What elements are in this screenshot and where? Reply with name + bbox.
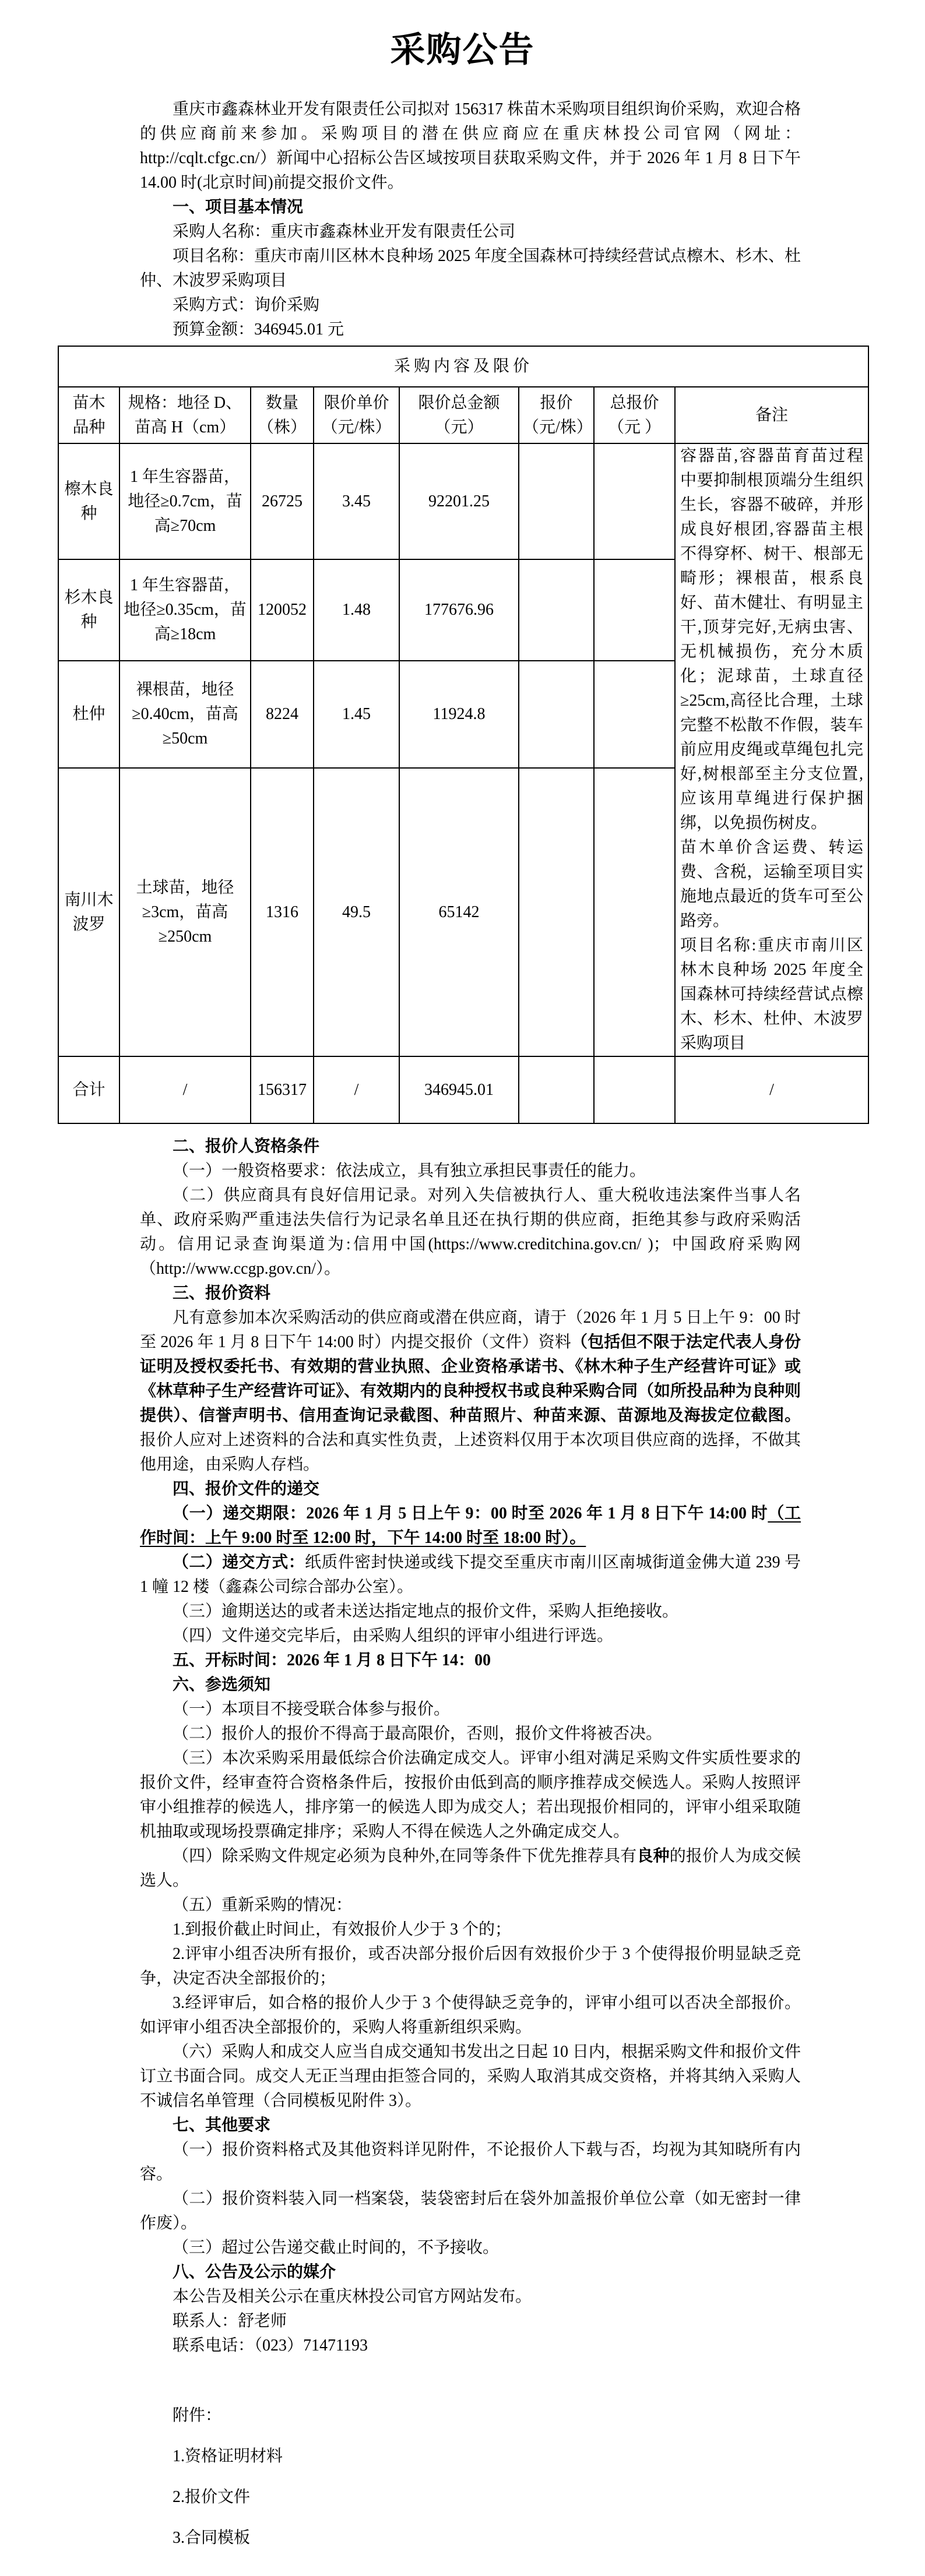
procurement-method-line: 采购方式：询价采购 <box>140 293 801 318</box>
submission-deadline: （一）递交期限：2026 年 1 月 5 日上午 9：00 时至 2026 年 … <box>173 1504 768 1523</box>
total-quote <box>519 1056 594 1123</box>
page-title: 采购公告 <box>0 0 925 74</box>
cell-spec: 1 年生容器苗，地径≥0.7cm，苗高≥70cm <box>119 443 251 559</box>
quotation-materials-post: 报价人应对上述资料的合法和真实性负责，上述资料仅用于本次项目供应商的选择，不做其… <box>140 1431 801 1474</box>
cell-qty: 8224 <box>251 661 314 768</box>
cell-unit-cap: 49.5 <box>314 768 399 1056</box>
submission-item-4: （四）文件递交完毕后，由采购人组织的评审小组进行评选。 <box>140 1624 801 1648</box>
col-header-unit-cap: 限价单价 （元/株） <box>314 387 399 443</box>
notice-item-4-pre: （四）除采购文件规定必须为良种外,在同等条件下优先推荐具有 <box>173 1847 636 1865</box>
cell-species: 杉木良种 <box>58 559 119 661</box>
col-header-remark: 备注 <box>675 387 868 443</box>
cell-total-cap: 92201.25 <box>399 443 519 559</box>
cell-spec: 1 年生容器苗，地径≥0.35cm，苗高≥18cm <box>119 559 251 661</box>
total-spec: / <box>119 1056 251 1123</box>
notice-item-1: （一）本项目不接受联合体参与报价。 <box>140 1697 801 1722</box>
cell-total-cap: 11924.8 <box>399 661 519 768</box>
qualification-item-2: （二）供应商具有良好信用记录。对列入失信被执行人、重大税收违法案件当事人名单、政… <box>140 1183 801 1281</box>
contact-person-line: 联系人：舒老师 <box>140 2309 801 2334</box>
attachment-item: 3.合同模板 <box>140 2526 801 2550</box>
total-remark: / <box>675 1056 868 1123</box>
remark-paragraph: 项目名称:重庆市南川区林木良种场 2025 年度全国森林可持续经营试点檫木、杉木… <box>680 933 863 1056</box>
other-item-3: （三）超过公告递交截止时间的，不予接收。 <box>140 2236 801 2260</box>
total-total-cap: 346945.01 <box>399 1056 519 1123</box>
cell-quote <box>519 559 594 661</box>
remark-cell: 容器苗,容器苗育苗过程中要抑制根顶端分生组织生长，容器不破碎，并形成良好根团,容… <box>675 443 868 1056</box>
notice-item-5-sub-2: 2.评审小组否决所有报价，或否决部分报价后因有效报价少于 3 个使得报价明显缺乏… <box>140 1942 801 1991</box>
notice-item-5: （五）重新采购的情况： <box>140 1893 801 1918</box>
table-title-row: 采购内容及限价 <box>58 346 868 387</box>
col-header-total-cap: 限价总金额 （元） <box>399 387 519 443</box>
cell-unit-cap: 1.45 <box>314 661 399 768</box>
notice-item-5-sub-3: 3.经评审后，如合格的报价人少于 3 个使得缺乏竞争的，评审小组可以否决全部报价… <box>140 1991 801 2040</box>
project-name-line: 项目名称：重庆市南川区林木良种场 2025 年度全国森林可持续经营试点檫木、杉木… <box>140 244 801 293</box>
table-header-row: 苗木 品种 规格：地径 D、 苗高 H（cm） 数量 （株） 限价单价 （元/株… <box>58 387 868 443</box>
submission-method-label: （二）递交方式： <box>173 1553 305 1571</box>
cell-total-quote <box>594 443 675 559</box>
total-unit-cap: / <box>314 1056 399 1123</box>
contact-phone-line: 联系电话：（023）71471193 <box>140 2334 801 2358</box>
media-body: 本公告及相关公示在重庆林投公司官方网站发布。 <box>140 2285 801 2309</box>
cell-total-quote <box>594 661 675 768</box>
section-heading-1: 一、项目基本情况 <box>140 195 801 220</box>
procurement-table: 采购内容及限价 苗木 品种 规格：地径 D、 苗高 H（cm） 数量 （株） 限… <box>58 346 869 1124</box>
qualification-item-1: （一）一般资格要求：依法成立，具有独立承担民事责任的能力。 <box>140 1159 801 1183</box>
cell-total-quote <box>594 768 675 1056</box>
col-header-spec: 规格：地径 D、 苗高 H（cm） <box>119 387 251 443</box>
other-item-1: （一）报价资料格式及其他资料详见附件，不论报价人下载与否，均视为其知晓所有内容。 <box>140 2138 801 2187</box>
attachments-section: 附件： 1.资格证明材料 2.报价文件 3.合同模板 <box>140 2404 801 2550</box>
section-heading-7: 七、其他要求 <box>140 2113 801 2138</box>
cell-species: 檫木良种 <box>58 443 119 559</box>
remark-paragraph: 苗木单价含运费、转运费、含税，运输至项目实施地点最近的货车可至公路旁。 <box>680 836 863 933</box>
notice-item-2: （二）报价人的报价不得高于最高限价，否则，报价文件将被否决。 <box>140 1722 801 1746</box>
budget-line: 预算金额：346945.01 元 <box>140 318 801 342</box>
section-heading-2: 二、报价人资格条件 <box>140 1134 801 1159</box>
total-qty: 156317 <box>251 1056 314 1123</box>
cell-quote <box>519 443 594 559</box>
section-heading-6: 六、参选须知 <box>140 1673 801 1697</box>
remark-paragraph: 容器苗,容器苗育苗过程中要抑制根顶端分生组织生长，容器不破碎，并形成良好根团,容… <box>680 444 863 836</box>
cell-spec: 土球苗，地径≥3cm，苗高≥250cm <box>119 768 251 1056</box>
other-item-2: （二）报价资料装入同一档案袋，装袋密封后在袋外加盖报价单位公章（如无密封一律作废… <box>140 2187 801 2236</box>
cell-total-quote <box>594 559 675 661</box>
procurement-table-wrapper: 采购内容及限价 苗木 品种 规格：地径 D、 苗高 H（cm） 数量 （株） 限… <box>58 346 868 1124</box>
attachment-item: 1.资格证明材料 <box>140 2444 801 2469</box>
intro-paragraph: 重庆市鑫森林业开发有限责任公司拟对 156317 株苗木采购项目组织询价采购，欢… <box>140 97 801 195</box>
cell-unit-cap: 1.48 <box>314 559 399 661</box>
cell-spec: 裸根苗，地径≥0.40cm，苗高≥50cm <box>119 661 251 768</box>
table-title: 采购内容及限价 <box>58 346 868 387</box>
document-page: 采购公告 重庆市鑫森林业开发有限责任公司拟对 156317 株苗木采购项目组织询… <box>0 0 925 2576</box>
notice-item-4: （四）除采购文件规定必须为良种外,在同等条件下优先推荐具有良种的报价人为成交候选… <box>140 1844 801 1893</box>
buyer-name-line: 采购人名称：重庆市鑫森林业开发有限责任公司 <box>140 220 801 244</box>
attachment-item: 2.报价文件 <box>140 2485 801 2510</box>
cell-qty: 26725 <box>251 443 314 559</box>
notice-item-5-sub-1: 1.到报价截止时间止，有效报价人少于 3 个的； <box>140 1918 801 1942</box>
table-row: 檫木良种 1 年生容器苗，地径≥0.7cm，苗高≥70cm 26725 3.45… <box>58 443 868 559</box>
section-heading-8: 八、公告及公示的媒介 <box>140 2260 801 2285</box>
section-heading-3: 三、报价资料 <box>140 1281 801 1306</box>
submission-item-1: （一）递交期限：2026 年 1 月 5 日上午 9：00 时至 2026 年 … <box>140 1502 801 1550</box>
cell-species: 南川木波罗 <box>58 768 119 1056</box>
body-sections: 二、报价人资格条件 （一）一般资格要求：依法成立，具有独立承担民事责任的能力。 … <box>140 1134 801 2550</box>
total-total-quote <box>594 1056 675 1123</box>
notice-item-3: （三）本次采购采用最低综合价法确定成交人。评审小组对满足采购文件实质性要求的报价… <box>140 1746 801 1844</box>
cell-qty: 120052 <box>251 559 314 661</box>
notice-item-4-bold: 良种 <box>636 1847 669 1865</box>
notice-item-6: （六）采购人和成交人应当自成交通知书发出之日起 10 日内，根据采购文件和报价文… <box>140 2040 801 2113</box>
submission-item-2: （二）递交方式：纸质件密封快递或线下提交至重庆市南川区南城街道金佛大道 239 … <box>140 1550 801 1599</box>
table-total-row: 合计 / 156317 / 346945.01 / <box>58 1056 868 1123</box>
col-header-quote: 报价 （元/株） <box>519 387 594 443</box>
cell-quote <box>519 768 594 1056</box>
submission-item-3: （三）逾期送达的或者未送达指定地点的报价文件，采购人拒绝接收。 <box>140 1599 801 1624</box>
cell-qty: 1316 <box>251 768 314 1056</box>
cell-total-cap: 177676.96 <box>399 559 519 661</box>
attachments-label: 附件： <box>140 2404 801 2428</box>
cell-species: 杜仲 <box>58 661 119 768</box>
section-heading-5: 五、开标时间：2026 年 1 月 8 日下午 14：00 <box>140 1648 801 1673</box>
cell-unit-cap: 3.45 <box>314 443 399 559</box>
cell-quote <box>519 661 594 768</box>
section-heading-4: 四、报价文件的递交 <box>140 1477 801 1502</box>
quotation-materials-paragraph: 凡有意参加本次采购活动的供应商或潜在供应商，请于（2026 年 1 月 5 日上… <box>140 1306 801 1477</box>
intro-section: 重庆市鑫森林业开发有限责任公司拟对 156317 株苗木采购项目组织询价采购，欢… <box>140 97 801 342</box>
total-label: 合计 <box>58 1056 119 1123</box>
cell-total-cap: 65142 <box>399 768 519 1056</box>
col-header-species: 苗木 品种 <box>58 387 119 443</box>
col-header-qty: 数量 （株） <box>251 387 314 443</box>
col-header-total-quote: 总报价 （元 ） <box>594 387 675 443</box>
